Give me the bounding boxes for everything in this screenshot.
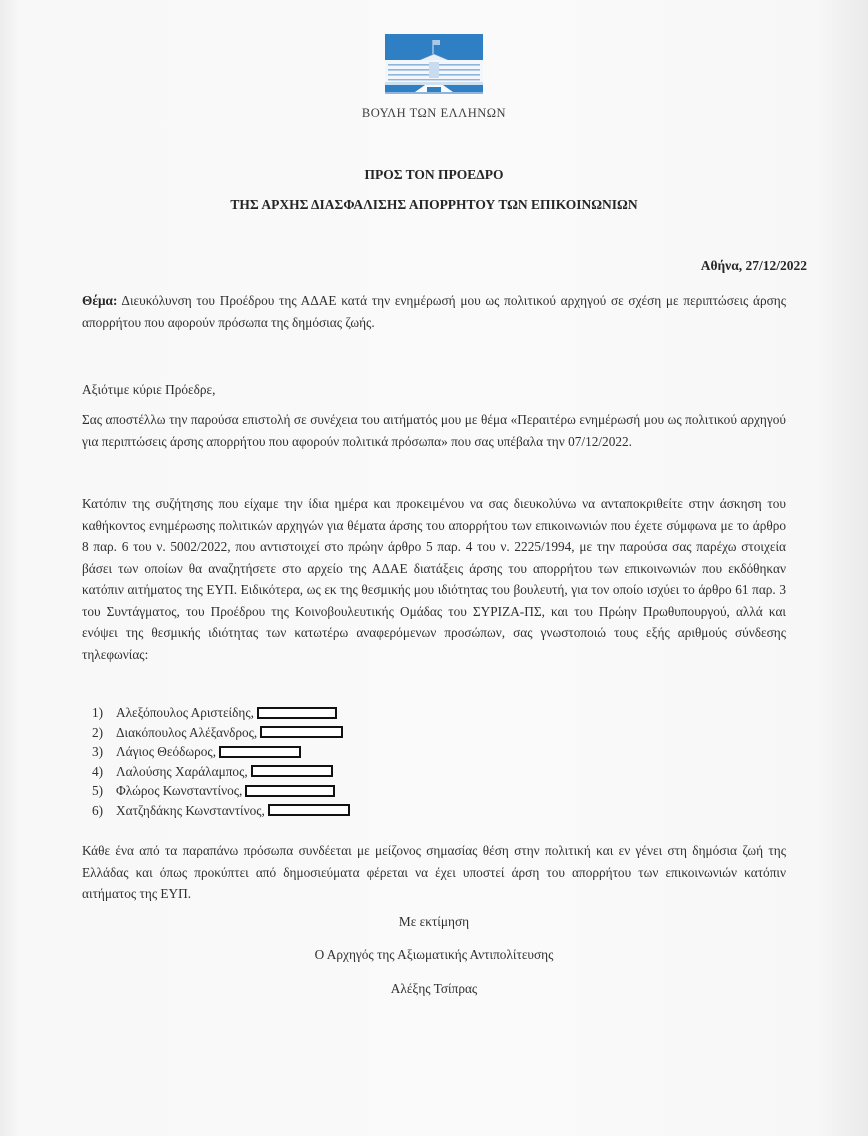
salutation: Αξιότιμε κύριε Πρόεδρε, (82, 379, 786, 401)
person-name: Λαλούσης Χαράλαμπος, (116, 762, 248, 782)
parliament-logo-icon (385, 34, 483, 96)
list-number: 3) (92, 742, 116, 762)
list-item: 1) Αλεξόπουλος Αριστείδης, (92, 703, 350, 723)
list-item: 2) Διακόπουλος Αλέξανδρος, (92, 723, 350, 743)
redacted-phone-box (257, 707, 337, 719)
list-number: 6) (92, 801, 116, 821)
list-number: 1) (92, 703, 116, 723)
person-name: Λάγιος Θεόδωρος, (116, 742, 216, 762)
redacted-phone-box (245, 785, 335, 797)
person-name: Χατζηδάκης Κωνσταντίνος, (116, 801, 265, 821)
letter-date: Αθήνα, 27/12/2022 (701, 258, 807, 274)
letter-page: ΒΟΥΛΗ ΤΩΝ ΕΛΛΗΝΩΝ ΠΡΟΣ ΤΟΝ ΠΡΟΕΔΡΟ ΤΗΣ Α… (0, 0, 868, 1136)
letterhead: ΒΟΥΛΗ ΤΩΝ ΕΛΛΗΝΩΝ (0, 34, 868, 121)
person-name: Αλεξόπουλος Αριστείδης, (116, 703, 254, 723)
list-number: 4) (92, 762, 116, 782)
redacted-phone-box (219, 746, 301, 758)
list-item: 4) Λαλούσης Χαράλαμπος, (92, 762, 350, 782)
list-number: 2) (92, 723, 116, 743)
signatory-name: Αλέξης Τσίπρας (0, 981, 868, 997)
redacted-phone-box (268, 804, 350, 816)
paragraph-intro: Σας αποστέλλω την παρούσα επιστολή σε συ… (82, 409, 786, 452)
paragraph-request: Κατόπιν της συζήτησης που είχαμε την ίδι… (82, 493, 786, 665)
list-item: 5) Φλώρος Κωνσταντίνος, (92, 781, 350, 801)
paragraph-conclusion: Κάθε ένα από τα παραπάνω πρόσωπα συνδέετ… (82, 840, 786, 905)
person-name: Φλώρος Κωνσταντίνος, (116, 781, 242, 801)
list-item: 6) Χατζηδάκης Κωνσταντίνος, (92, 801, 350, 821)
addressee-block: ΠΡΟΣ ΤΟΝ ΠΡΟΕΔΡΟ ΤΗΣ ΑΡΧΗΣ ΔΙΑΣΦΑΛΙΣΗΣ Α… (0, 160, 868, 220)
redacted-phone-box (260, 726, 343, 738)
persons-list: 1) Αλεξόπουλος Αριστείδης, 2) Διακόπουλο… (92, 703, 350, 820)
organization-name: ΒΟΥΛΗ ΤΩΝ ΕΛΛΗΝΩΝ (0, 106, 868, 121)
subject-line: Θέμα: Διευκόλυνση του Προέδρου της ΑΔΑΕ … (82, 290, 786, 333)
addressee-line-1: ΠΡΟΣ ΤΟΝ ΠΡΟΕΔΡΟ (0, 160, 868, 190)
subject-text: Διευκόλυνση του Προέδρου της ΑΔΑΕ κατά τ… (82, 293, 786, 330)
subject-label: Θέμα: (82, 293, 117, 308)
signatory-title: Ο Αρχηγός της Αξιωματικής Αντιπολίτευσης (0, 947, 868, 963)
addressee-line-2: ΤΗΣ ΑΡΧΗΣ ΔΙΑΣΦΑΛΙΣΗΣ ΑΠΟΡΡΗΤΟΥ ΤΩΝ ΕΠΙΚ… (0, 190, 868, 220)
list-number: 5) (92, 781, 116, 801)
closing-regards: Με εκτίμηση (0, 914, 868, 930)
redacted-phone-box (251, 765, 333, 777)
list-item: 3) Λάγιος Θεόδωρος, (92, 742, 350, 762)
person-name: Διακόπουλος Αλέξανδρος, (116, 723, 257, 743)
